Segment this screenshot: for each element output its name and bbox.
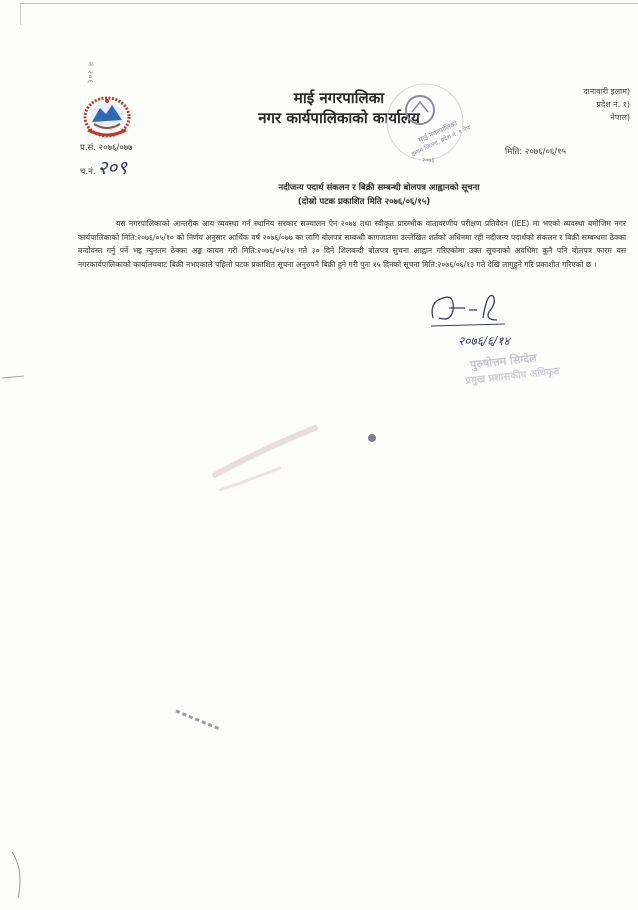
side-note: नं २०६ — [86, 62, 95, 84]
scan-smudge-2 — [170, 705, 230, 735]
organization-name: माई नगरपालिका — [0, 88, 638, 108]
address-line-2: प्रदेश नं. १) — [596, 99, 630, 110]
scan-edge-line — [20, 3, 638, 4]
office-seal-icon: माई नगरपालिका इलाम जिल्ला, प्रदेश नं. १ … — [380, 82, 470, 167]
address-line-1: दानावारी इलाम) — [583, 86, 630, 97]
document-date: मिति: २०७६/०६/१५ — [505, 146, 566, 157]
scan-mark-curve — [8, 850, 28, 900]
scan-mark-left — [0, 370, 30, 385]
notice-subtitle: (दोस्रो पटक प्रकाशित मिति २०७६/०६/१५) — [0, 196, 638, 207]
dispatch-label: च.नं. — [80, 167, 96, 177]
dispatch-number: च.नं.२०९ — [80, 154, 127, 180]
notice-body: यस नगरपालिकाको आन्तरीक आय व्यवस्था गर्न … — [78, 217, 626, 271]
address-line-3: नेपाल) — [610, 112, 630, 123]
scanned-document-page: नं २०६ प.सं. २०७६/०७७ च.नं.२०९ माई नगरपा… — [0, 0, 638, 910]
svg-text:२०७३: २०७३ — [422, 157, 434, 164]
notice-subject: नदीजन्य पदार्थ संकलन र बिक्री सम्बन्धी ब… — [0, 182, 638, 193]
dispatch-number-handwritten: २०९ — [98, 157, 128, 179]
scan-smudge — [200, 410, 380, 500]
reference-number: प.सं. २०७६/०७७ — [80, 142, 132, 153]
signature-icon — [425, 288, 515, 333]
scan-edge-line-left — [20, 3, 21, 25]
office-name: नगर कार्यपालिकाको कार्यालय — [0, 108, 638, 128]
signature-date: २०७६/६/१४ — [458, 332, 510, 349]
